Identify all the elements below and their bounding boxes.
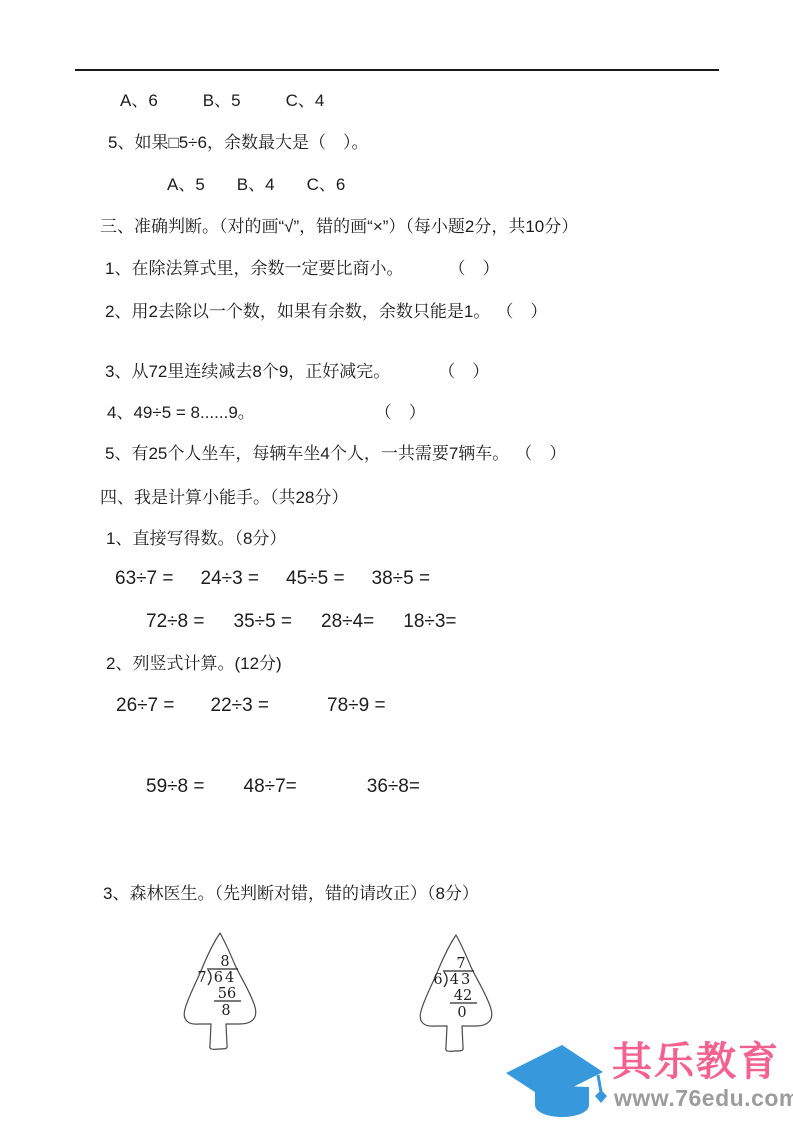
- question-5-text: 5、如果□5÷6，余数最大是（ ）。: [108, 133, 368, 153]
- brand-name: 其乐教育: [612, 1041, 780, 1083]
- judge-item-3: 3、从72里连续减去8个9，正好减完。 （ ）: [105, 362, 489, 382]
- vertical-calc-row-2: 59÷8 = 48÷7= 36÷8=: [146, 776, 420, 798]
- expression: 22÷3 =: [211, 695, 270, 717]
- option-b: B、5: [203, 91, 241, 111]
- option-c: C、6: [307, 175, 346, 195]
- remainder-value: 8: [221, 1003, 230, 1019]
- qile-education-logo: 其乐教育 www.76edu.com: [500, 1035, 793, 1122]
- expression: 38÷5 =: [372, 568, 431, 590]
- judge-item-5-text: 5、有25个人坐车，每辆车坐4个人，一共需要7辆车。: [105, 444, 509, 464]
- judge-item-4-text: 4、49÷5 = 8......9。: [107, 403, 255, 423]
- expression: 45÷5 =: [286, 568, 345, 590]
- expression: 78÷9 =: [327, 695, 386, 717]
- division-bracket: [208, 970, 211, 985]
- direct-calc-title-text: 1、直接写得数。（8分）: [106, 529, 286, 549]
- divisor-value: 6: [433, 972, 442, 988]
- judge-item-5: 5、有25个人坐车，每辆车坐4个人，一共需要7辆车。 （ ）: [105, 444, 566, 464]
- remainder-value: 0: [457, 1005, 466, 1021]
- vertical-calc-title: 2、列竖式计算。(12分): [106, 654, 282, 674]
- divisor-value: 7: [197, 970, 206, 986]
- question-5-options: A、5 B、4 C、6: [167, 175, 345, 195]
- expression: 24÷3 =: [201, 568, 260, 590]
- vertical-calc-title-text: 2、列竖式计算。(12分): [106, 654, 282, 674]
- answer-blank: （ ）: [375, 403, 426, 423]
- dividend-value: 64: [214, 970, 236, 986]
- judge-item-1-text: 1、在除法算式里，余数一定要比商小。: [105, 259, 403, 279]
- expression: 48÷7=: [244, 776, 297, 798]
- option-a: A、6: [120, 91, 158, 111]
- expression: 28÷4=: [321, 611, 374, 633]
- judge-item-3-text: 3、从72里连续减去8个9，正好减完。: [105, 362, 390, 382]
- section-3-title: 三、准确判断。（对的画“√”，错的画“×”）（每小题2分，共10分）: [100, 217, 578, 237]
- worksheet-page: A、6 B、5 C、4 5、如果□5÷6，余数最大是（ ）。 A、5 B、4 C…: [0, 0, 793, 1122]
- quotient-value: 7: [456, 956, 465, 972]
- option-c: C、4: [286, 91, 325, 111]
- division-tree-1: 8 7 64 56 8: [178, 928, 262, 1058]
- expression: 26÷7 =: [116, 695, 175, 717]
- judge-item-1: 1、在除法算式里，余数一定要比商小。 （ ）: [105, 259, 499, 279]
- forest-doctor-title-text: 3、森林医生。（先判断对错，错的请改正）（8分）: [103, 884, 479, 904]
- section-4-title-text: 四、我是计算小能手。（共28分）: [100, 488, 348, 508]
- vertical-calc-row-1: 26÷7 = 22÷3 = 78÷9 =: [116, 695, 386, 717]
- quotient-value: 8: [220, 954, 229, 970]
- option-a: A、5: [167, 175, 205, 195]
- product-value: 56: [218, 986, 236, 1002]
- expression: 36÷8=: [367, 776, 420, 798]
- judge-item-2-text: 2、用2去除以一个数，如果有余数，余数只能是1。: [105, 302, 490, 322]
- expression: 63÷7 =: [115, 568, 174, 590]
- direct-calc-title: 1、直接写得数。（8分）: [106, 529, 286, 549]
- expression: 35÷5 =: [234, 611, 293, 633]
- section-3-title-text: 三、准确判断。（对的画“√”，错的画“×”）（每小题2分，共10分）: [100, 217, 578, 237]
- mc-carryover-options: A、6 B、5 C、4: [120, 91, 324, 111]
- product-value: 42: [454, 988, 472, 1004]
- judge-item-4: 4、49÷5 = 8......9。 （ ）: [107, 403, 426, 423]
- answer-blank: （ ）: [448, 259, 499, 279]
- answer-blank: （ ）: [496, 302, 547, 322]
- judge-item-2: 2、用2去除以一个数，如果有余数，余数只能是1。 （ ）: [105, 302, 547, 322]
- expression: 18÷3=: [403, 611, 456, 633]
- brand-url: www.76edu.com: [614, 1086, 793, 1110]
- division-bracket: [444, 972, 447, 987]
- graduation-cap-icon: [502, 1039, 607, 1121]
- direct-calc-row-2: 72÷8 = 35÷5 = 28÷4= 18÷3=: [146, 611, 457, 633]
- dividend-value: 43: [450, 972, 472, 988]
- page-top-rule: [75, 69, 719, 71]
- section-4-title: 四、我是计算小能手。（共28分）: [100, 488, 348, 508]
- forest-doctor-title: 3、森林医生。（先判断对错，错的请改正）（8分）: [103, 884, 479, 904]
- expression: 72÷8 =: [146, 611, 205, 633]
- direct-calc-row-1: 63÷7 = 24÷3 = 45÷5 = 38÷5 =: [115, 568, 430, 590]
- answer-blank: （ ）: [438, 362, 489, 382]
- answer-blank: （ ）: [515, 444, 566, 464]
- option-b: B、4: [237, 175, 275, 195]
- question-5: 5、如果□5÷6，余数最大是（ ）。: [108, 133, 368, 153]
- expression: 59÷8 =: [146, 776, 205, 798]
- division-tree-2: 7 6 43 42 0: [414, 930, 498, 1060]
